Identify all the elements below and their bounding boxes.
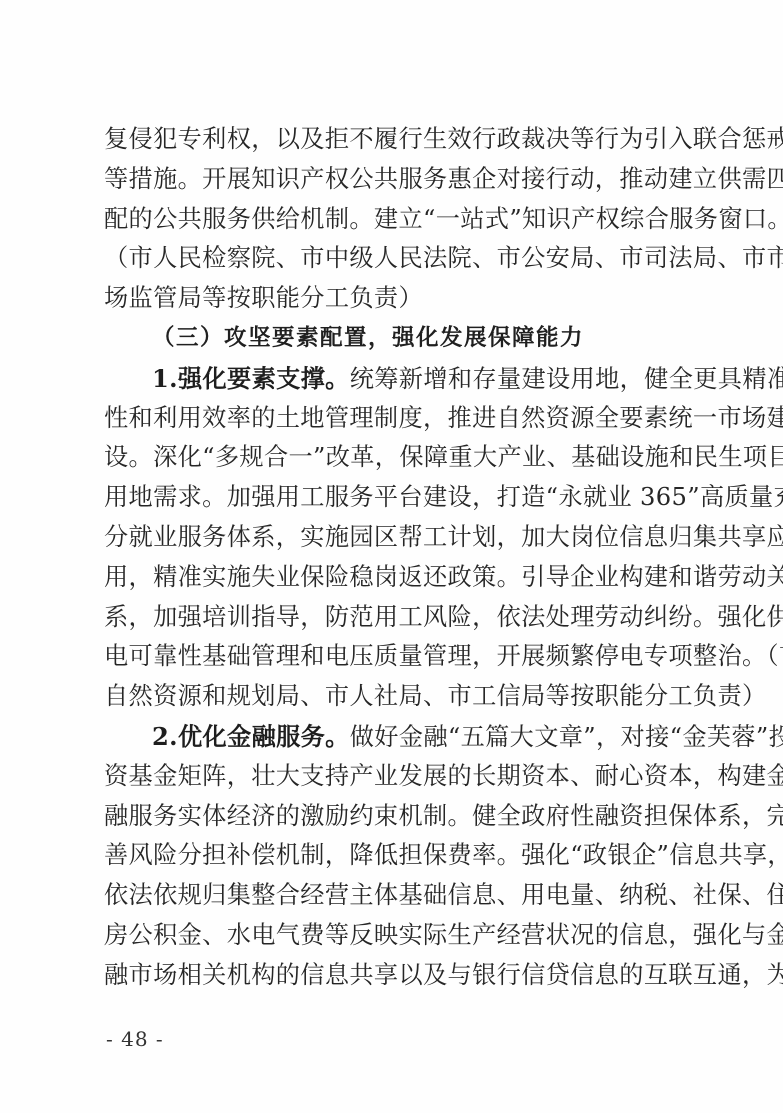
text-line: 自然资源和规划局、市人社局、市工信局等按职能分工负责） [104, 677, 694, 717]
text-line: 系，加强培训指导，防范用工风险，依法处理劳动纠纷。强化供 [104, 598, 694, 638]
item2-title: 2.优化金融服务。 [152, 722, 350, 751]
document-page: 复侵犯专利权，以及拒不履行生效行政裁决等行为引入联合惩戒 等措施。开展知识产权公… [0, 0, 783, 1113]
text-line: 电可靠性基础管理和电压质量管理，开展频繁停电专项整治。（市 [104, 637, 694, 677]
text-line: 融市场相关机构的信息共享以及与银行信贷信息的互联互通，为 [104, 956, 694, 996]
text-line: （市人民检察院、市中级人民法院、市公安局、市司法局、市市 [104, 239, 694, 279]
text-line: 房公积金、水电气费等反映实际生产经营状况的信息，强化与金 [104, 916, 694, 956]
document-body: 复侵犯专利权，以及拒不履行生效行政裁决等行为引入联合惩戒 等措施。开展知识产权公… [104, 120, 694, 996]
text-line: 性和利用效率的土地管理制度，推进自然资源全要素统一市场建 [104, 399, 694, 439]
item2-first-line-text: 做好金融“五篇大文章”，对接“金芙蓉”投 [350, 723, 783, 751]
item2-first-line: 2.优化金融服务。做好金融“五篇大文章”，对接“金芙蓉”投 [104, 717, 694, 757]
text-line: 用，精准实施失业保险稳岗返还政策。引导企业构建和谐劳动关 [104, 558, 694, 598]
text-line: 融服务实体经济的激励约束机制。健全政府性融资担保体系，完 [104, 797, 694, 837]
page-number: - 48 - [106, 1027, 164, 1051]
text-line: 配的公共服务供给机制。建立“一站式”知识产权综合服务窗口。 [104, 200, 694, 240]
text-line: 等措施。开展知识产权公共服务惠企对接行动，推动建立供需匹 [104, 160, 694, 200]
text-line: 设。深化“多规合一”改革，保障重大产业、基础设施和民生项目 [104, 438, 694, 478]
section-heading: （三）攻坚要素配置，强化发展保障能力 [104, 319, 694, 359]
text-line: 场监管局等按职能分工负责） [104, 279, 694, 319]
text-line: 复侵犯专利权，以及拒不履行生效行政裁决等行为引入联合惩戒 [104, 120, 694, 160]
text-line: 善风险分担补偿机制，降低担保费率。强化“政银企”信息共享， [104, 836, 694, 876]
item1-title: 1.强化要素支撑。 [152, 364, 350, 393]
item1-first-line-text: 统筹新增和存量建设用地，健全更具精准 [350, 365, 783, 393]
text-line: 依法依规归集整合经营主体基础信息、用电量、纳税、社保、住 [104, 876, 694, 916]
text-line: 用地需求。加强用工服务平台建设，打造“永就业 365”高质量充 [104, 478, 694, 518]
item1-first-line: 1.强化要素支撑。统筹新增和存量建设用地，健全更具精准 [104, 359, 694, 399]
text-line: 资基金矩阵，壮大支持产业发展的长期资本、耐心资本，构建金 [104, 757, 694, 797]
text-line: 分就业服务体系，实施园区帮工计划，加大岗位信息归集共享应 [104, 518, 694, 558]
